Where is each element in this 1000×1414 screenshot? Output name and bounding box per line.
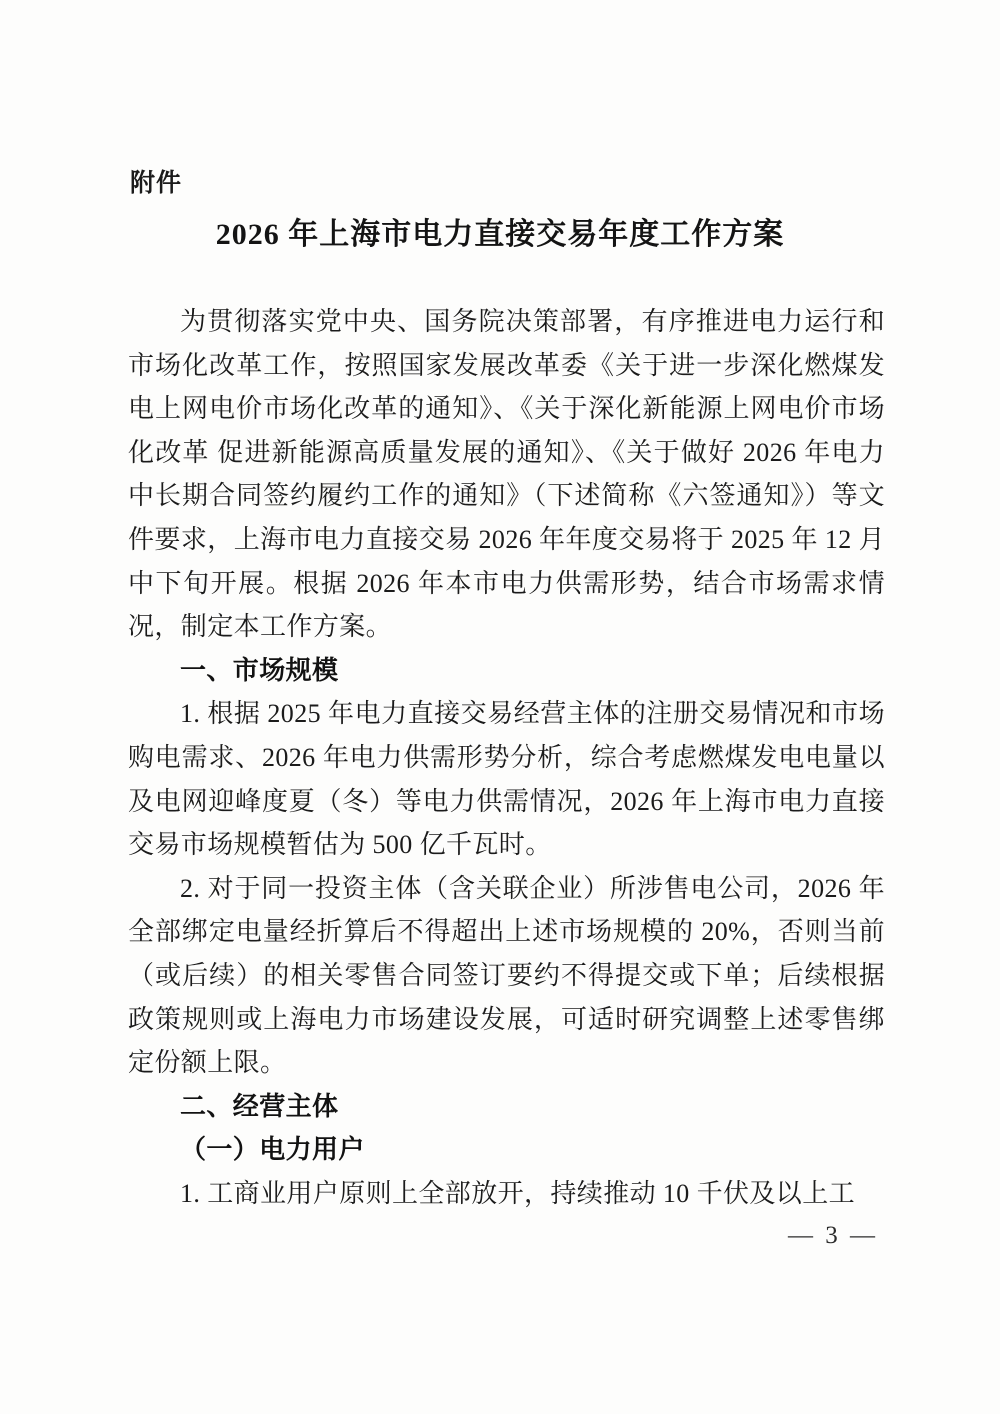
page-number: — 3 — [788,1222,878,1250]
paragraph-power-users-1: 1. 工商业用户原则上全部放开，持续推动 10 千伏及以上工 [128,1172,885,1216]
document-title: 2026 年上海市电力直接交易年度工作方案 [0,216,1000,254]
document-body: 为贯彻落实党中央、国务院决策部署，有序推进电力运行和市场化改革工作，按照国家发展… [128,300,885,1215]
attachment-label: 附件 [130,168,182,198]
paragraph-market-scale-2: 2. 对于同一投资主体（含关联企业）所涉售电公司，2026 年全部绑定电量经折算… [128,867,885,1085]
paragraph-preamble: 为贯彻落实党中央、国务院决策部署，有序推进电力运行和市场化改革工作，按照国家发展… [128,300,885,649]
section-heading-market-scale: 一、市场规模 [128,649,885,693]
sub-heading-power-users: （一）电力用户 [128,1128,885,1172]
section-heading-business-entities: 二、经营主体 [128,1085,885,1129]
document-page: 附件 2026 年上海市电力直接交易年度工作方案 为贯彻落实党中央、国务院决策部… [0,0,1000,1414]
paragraph-market-scale-1: 1. 根据 2025 年电力直接交易经营主体的注册交易情况和市场购电需求、202… [128,692,885,866]
